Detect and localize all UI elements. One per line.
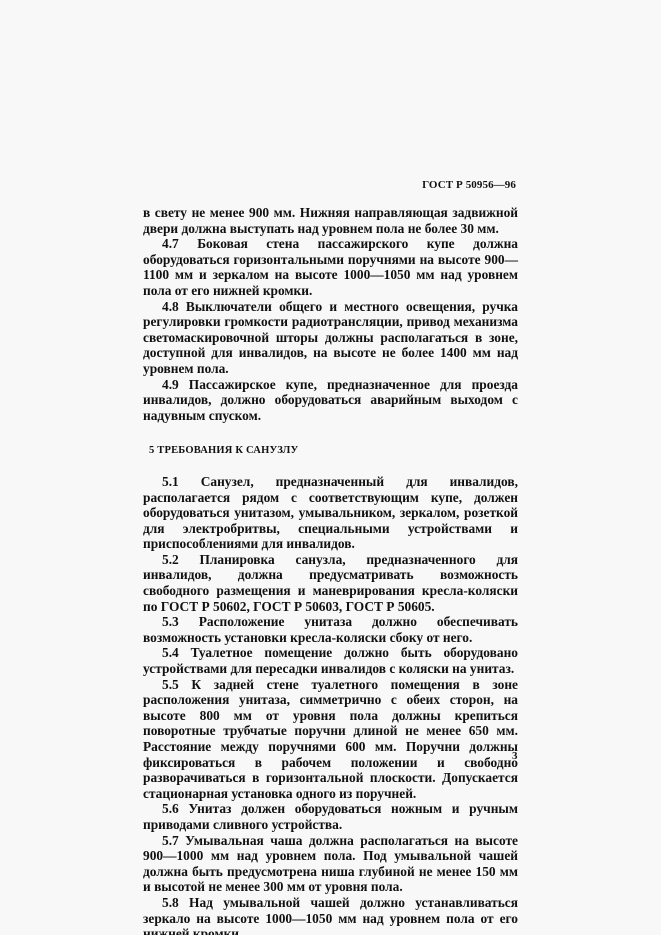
paragraph-4-7: 4.7 Боковая стена пассажирского купе дол… <box>143 236 518 298</box>
paragraph-4-8: 4.8 Выключатели общего и местного освеще… <box>143 299 518 377</box>
paragraph-5-3: 5.3 Расположение унитаза должно обеспечи… <box>143 614 518 645</box>
paragraph-5-8: 5.8 Над умывальной чашей должно устанавл… <box>143 895 518 935</box>
section-heading: 5 ТРЕБОВАНИЯ К САНУЗЛУ <box>143 443 518 459</box>
paragraph-5-6: 5.6 Унитаз должен оборудоваться ножным и… <box>143 801 518 832</box>
document-code-header: ГОСТ Р 50956—96 <box>422 179 516 191</box>
paragraph-5-7: 5.7 Умывальная чаша должна располагаться… <box>143 833 518 895</box>
paragraph-continuation: в свету не менее 900 мм. Нижняя направля… <box>143 205 518 236</box>
paragraph-5-2: 5.2 Планировка санузла, предназначенного… <box>143 552 518 614</box>
page-number: 3 <box>512 750 518 762</box>
paragraph-4-9: 4.9 Пассажирское купе, предназначенное д… <box>143 377 518 424</box>
paragraph-5-4: 5.4 Туалетное помещение должно быть обор… <box>143 645 518 676</box>
paragraph-5-1: 5.1 Санузел, предназначенный для инвалид… <box>143 474 518 552</box>
document-body: в свету не менее 900 мм. Нижняя направля… <box>143 205 518 935</box>
paragraph-5-5: 5.5 К задней стене туалетного помещения … <box>143 677 518 802</box>
